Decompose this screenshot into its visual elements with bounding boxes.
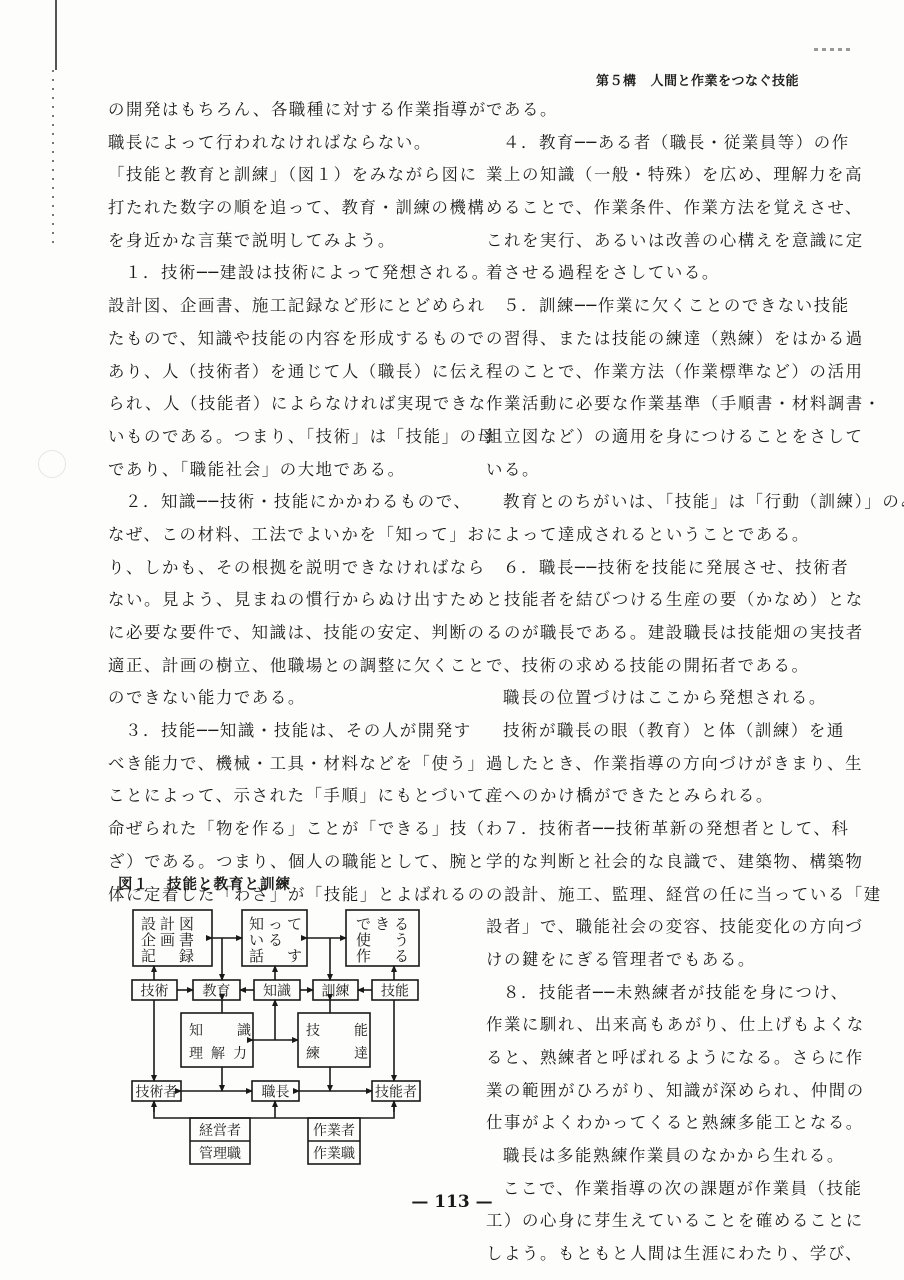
mid-box-1-row-2: 理解力 <box>189 1045 255 1062</box>
mid-box-2-row-1: 技 能 <box>306 1022 370 1039</box>
node-gijutsu: 技術 <box>141 983 169 1000</box>
text-line: 命ぜられた「物を作る」ことが「できる」技（わ <box>108 813 488 846</box>
figure-label: 図１ <box>118 876 149 893</box>
text-line: 打たれた数字の順を追って、教育・訓練の機構 <box>108 192 488 225</box>
node-kyouiku: 教育 <box>203 983 231 1000</box>
text-line: 教育とのちがいは、「技能」は「行動（訓練）」のみ <box>486 486 866 519</box>
top-box-1-row-3: 記 録 <box>141 947 198 965</box>
scan-artifact <box>814 48 854 51</box>
text-line: のできない能力である。 <box>108 682 488 715</box>
header-title: 人間と作業をつなぐ技能 <box>651 74 800 89</box>
node-kunren: 訓練 <box>322 983 350 1000</box>
text-line: 業上の知識（一般・特殊）を広め、理解力を高 <box>486 159 866 192</box>
text-line: 職長によって行われなければならない。 <box>108 127 488 160</box>
text-line: に必要な要件で、知識は、技能の安定、判断の <box>108 617 488 650</box>
text-line: 設計図、企画書、施工記録など形にとどめられ <box>108 290 488 323</box>
text-line: 「技能と教育と訓練」（図１）をみながら図に <box>108 159 488 192</box>
text-line: 職長は多能熟練作業員のなかから生れる。 <box>486 1140 866 1173</box>
text-line: ４．教育──ある者（職長・従業員等）の作 <box>486 127 866 160</box>
text-line: の開発はもちろん、各職種に対する作業指導が <box>108 94 488 127</box>
text-line: ３．技能──知識・技能は、その人が開発す <box>108 715 488 748</box>
bottom-box-1-row-2: 管理職 <box>199 1146 241 1162</box>
text-line: で、技術の求める技能の開拓者である。 <box>486 650 866 683</box>
text-line: 過したとき、作業指導の方向づけがきまり、生 <box>486 748 866 781</box>
text-line: ると、熟練者と呼ばれるようになる。さらに作 <box>486 1042 866 1075</box>
text-line: によって達成されるということである。 <box>486 519 866 552</box>
mid-box-2-row-2: 練 達 <box>306 1045 370 1062</box>
text-line: いものである。つまり、「技術」は「技能」の母 <box>108 421 488 454</box>
text-line: たもので、知識や技能の内容を形成するもので <box>108 323 488 356</box>
text-line: 作業活動に必要な作業基準（手順書・材料調書・ <box>486 388 866 421</box>
top-box-3-row-3: 作 る <box>356 947 413 965</box>
skills-education-training-diagram: 設計図 企画書 記 録 知って いる 話 す できる 使 う 作 る 技術 教育… <box>120 900 440 1175</box>
figure-title: 技能と教育と訓練 <box>167 876 291 893</box>
text-line: ２．知識──技術・技能にかかわるもので、 <box>108 486 488 519</box>
text-line: １．技術──建設は技術によって発想される。 <box>108 257 488 290</box>
text-line: 着させる過程をさしている。 <box>486 257 866 290</box>
text-line: ７．技術者──技術革新の発想者として、科 <box>486 813 866 846</box>
right-column: である。４．教育──ある者（職長・従業員等）の作業上の知識（一般・特殊）を広め、… <box>486 94 866 1271</box>
text-line: これを実行、あるいは改善の心構えを意識に定 <box>486 225 866 258</box>
text-line: ５．訓練──作業に欠くことのできない技能 <box>486 290 866 323</box>
text-line: 作業に馴れ、出来高もあがり、仕上げもよくな <box>486 1009 866 1042</box>
text-line: 技術が職長の眼（教育）と体（訓練）を通 <box>486 715 866 748</box>
left-column: の開発はもちろん、各職種に対する作業指導が職長によって行われなければならない。「… <box>108 94 488 911</box>
text-line: ８．技能者──未熟練者が技能を身につけ、 <box>486 977 866 1010</box>
text-line: ６．職長──技術を技能に発展させ、技術者 <box>486 552 866 585</box>
binding-mark <box>55 0 57 70</box>
text-line: いる。 <box>486 454 866 487</box>
binding-dots <box>52 70 54 250</box>
page-number: — 113 — <box>0 1192 904 1212</box>
text-line: ない。見よう、見まねの慣行からぬけ出すため <box>108 584 488 617</box>
text-line: 職長の位置づけはここから発想される。 <box>486 682 866 715</box>
bottom-box-2-row-1: 作業者 <box>313 1122 355 1139</box>
text-line: 設者」で、職能社会の変容、技能変化の方向づ <box>486 911 866 944</box>
node-shokuchou: 職長 <box>262 1085 290 1101</box>
text-line: 仕事がよくわかってくると熟練多能工となる。 <box>486 1107 866 1140</box>
text-line: べき能力で、機械・工具・材料などを「使う」 <box>108 748 488 781</box>
text-line: の設計、施工、監理、経営の任に当っている「建 <box>486 879 866 912</box>
text-line: 業の範囲がひろがり、知識が深められ、仲間の <box>486 1075 866 1108</box>
punch-hole <box>38 450 66 478</box>
text-line: であり、「職能社会」の大地である。 <box>108 454 488 487</box>
text-line: られ、人（技能者）によらなければ実現できな <box>108 388 488 421</box>
node-chishiki: 知識 <box>263 984 291 1000</box>
text-line: しよう。もともと人間は生涯にわたり、学び、 <box>486 1238 866 1271</box>
node-gijutsusha: 技術者 <box>136 1084 178 1101</box>
node-ginou: 技能 <box>381 983 409 1000</box>
text-line: るのが職長である。建設職長は技能畑の実技者 <box>486 617 866 650</box>
text-line: 産へのかけ橋ができたとみられる。 <box>486 780 866 813</box>
text-line: 適正、計画の樹立、他職場との調整に欠くこと <box>108 650 488 683</box>
text-line: と技能者を結びつける生産の要（かなめ）とな <box>486 584 866 617</box>
top-box-2-row-3: 話 す <box>249 947 306 965</box>
text-line: を身近かな言葉で説明してみよう。 <box>108 225 488 258</box>
text-line: の習得、または技能の練達（熟練）をはかる過 <box>486 323 866 356</box>
text-line: なぜ、この材料、工法でよいかを「知って」お <box>108 519 488 552</box>
text-line: あり、人（技術者）を通じて人（職長）に伝え <box>108 356 488 389</box>
bottom-box-2-row-2: 作業職 <box>313 1145 355 1162</box>
text-line: めることで、作業条件、作業方法を覚えさせ、 <box>486 192 866 225</box>
text-line: 程のことで、作業方法（作業標準など）の活用 <box>486 356 866 389</box>
header-part: 第５構 <box>596 74 637 89</box>
bottom-box-1-row-1: 経営者 <box>199 1122 241 1139</box>
text-line: ことによって、示された「手順」にもとづいて、 <box>108 780 488 813</box>
text-line: 組立図など）の適用を身につけることをさして <box>486 421 866 454</box>
figure-caption: 図１技能と教育と訓練 <box>118 873 291 894</box>
text-line: けの鍵をにぎる管理者でもある。 <box>486 944 866 977</box>
text-line: り、しかも、その根拠を説明できなければなら <box>108 552 488 585</box>
text-line: 学的な判断と社会的な良識で、建築物、構築物 <box>486 846 866 879</box>
mid-box-1-row-1: 知 識 <box>189 1023 253 1039</box>
running-header: 第５構人間と作業をつなぐ技能 <box>596 70 856 89</box>
node-ginousha: 技能者 <box>375 1084 417 1101</box>
text-line: である。 <box>486 94 866 127</box>
